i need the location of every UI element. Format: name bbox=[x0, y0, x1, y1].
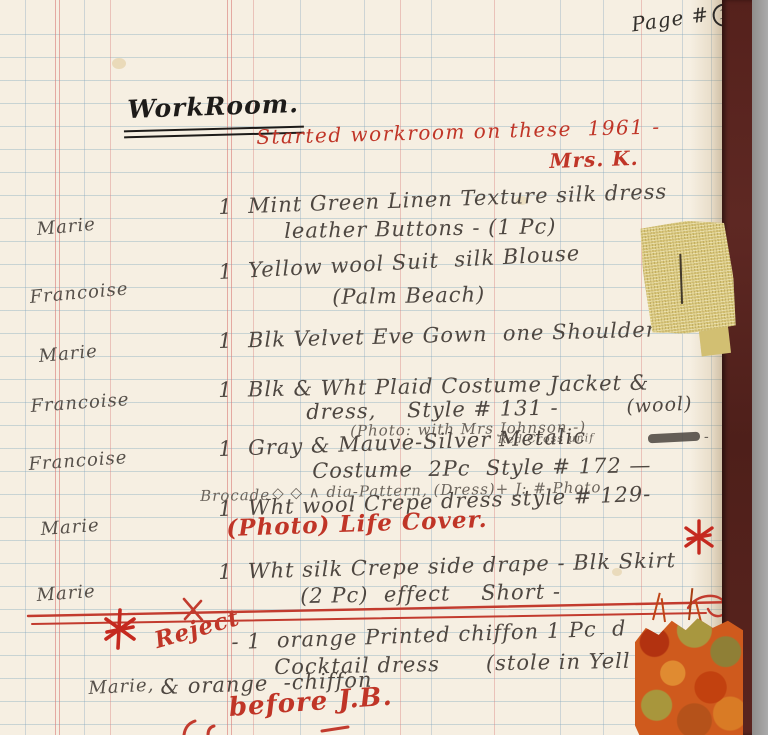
pin-icon bbox=[679, 254, 683, 304]
entry-line: (2 Pc) effect Short - bbox=[300, 580, 561, 607]
entry-line: leather Buttons - (1 Pc) bbox=[284, 215, 557, 242]
age-stain bbox=[112, 58, 126, 69]
background-surface bbox=[752, 0, 768, 735]
entry-name: Marie bbox=[40, 517, 100, 540]
entry-name: Marie bbox=[36, 583, 96, 606]
entry-side-note: (wool) bbox=[626, 395, 693, 418]
page-title: WorkRoom. bbox=[127, 91, 299, 123]
page-number-label: Page # bbox=[630, 2, 711, 37]
signed-by: Mrs. K. bbox=[549, 148, 639, 172]
red-asterisk-icon bbox=[101, 608, 139, 654]
red-asterisk-icon bbox=[682, 519, 716, 559]
scanned-ledger-page: Page #1 WorkRoom. Started workroom on th… bbox=[0, 0, 768, 735]
orange-fabric-swatch bbox=[635, 616, 743, 735]
footer-name: Marie, bbox=[88, 677, 155, 699]
entry-annotation-dash: - bbox=[704, 430, 710, 445]
entry-line: (Palm Beach) bbox=[332, 283, 485, 308]
yellow-fabric-swatch bbox=[638, 216, 740, 338]
